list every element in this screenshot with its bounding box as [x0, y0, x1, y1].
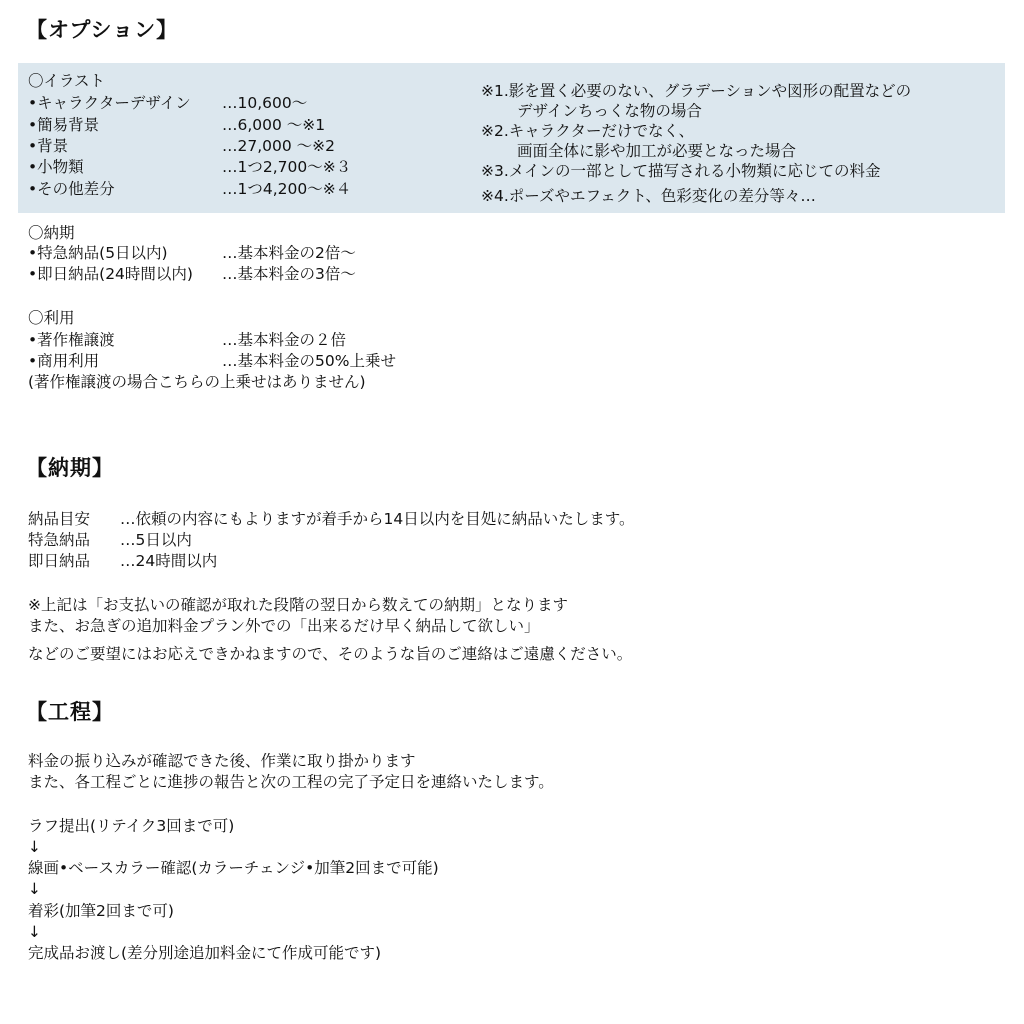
usage-item: •著作権譲渡 …基本料金の２倍	[28, 330, 448, 350]
deadline-item: 特急納品 …5日以内	[28, 530, 768, 550]
delivery-option-label: •特急納品(5日以内)	[28, 244, 168, 262]
illust-item-label: •キャラクターデザイン	[28, 93, 191, 113]
deadline-label: 即日納品	[28, 552, 90, 570]
usage-value: …基本料金の50%上乗せ	[222, 351, 396, 371]
deadline-note: また、お急ぎの追加料金プラン外での「出来るだけ早く納品して欲しい」	[28, 616, 540, 636]
usage-item: •商用利用 …基本料金の50%上乗せ	[28, 351, 448, 371]
deadline-value: …5日以内	[120, 530, 192, 550]
usage-label: •商用利用	[28, 352, 99, 370]
usage-heading: 〇利用	[28, 308, 75, 328]
arrow-down-icon: ↓	[28, 837, 41, 857]
illust-item-value: …6,000 〜※1	[222, 115, 325, 135]
arrow-down-icon: ↓	[28, 922, 41, 942]
delivery-option-value: …基本料金の3倍〜	[222, 264, 356, 284]
illust-item-label: •その他差分	[28, 179, 115, 199]
delivery-option-item: •特急納品(5日以内) …基本料金の2倍〜	[28, 243, 448, 263]
deadline-label: 特急納品	[28, 531, 90, 549]
delivery-option-heading: 〇納期	[28, 223, 75, 243]
note-1-cont: デザインちっくな物の場合	[481, 101, 702, 121]
section-title-deadline: 【納期】	[26, 452, 114, 482]
process-intro: また、各工程ごとに進捗の報告と次の工程の完了予定日を連絡いたします。	[28, 772, 554, 792]
process-intro: 料金の振り込みが確認できた後、作業に取り掛かります	[28, 751, 416, 771]
deadline-value: …24時間以内	[120, 551, 217, 571]
process-step: 完成品お渡し(差分別途追加料金にて作成可能です)	[28, 943, 381, 963]
process-step: ラフ提出(リテイク3回まで可)	[28, 816, 234, 836]
note-2-cont: 画面全体に影や加工が必要となった場合	[481, 141, 796, 161]
note-1: ※1.影を置く必要のない、グラデーションや図形の配置などの	[481, 81, 911, 101]
section-title-options: 【オプション】	[26, 14, 178, 44]
delivery-option-label: •即日納品(24時間以内)	[28, 265, 193, 283]
illust-item-label: •背景	[28, 136, 68, 156]
illust-item-value: …10,600〜	[222, 93, 307, 113]
illust-item-value: …27,000 〜※2	[222, 136, 335, 156]
illust-item-value: …1つ4,200〜※４	[222, 179, 351, 199]
deadline-item: 即日納品 …24時間以内	[28, 551, 768, 571]
delivery-option-value: …基本料金の2倍〜	[222, 243, 356, 263]
section-title-process: 【工程】	[26, 696, 114, 726]
illust-heading: 〇イラスト	[28, 71, 105, 91]
illust-item-label: •簡易背景	[28, 115, 99, 135]
note-4: ※4.ポーズやエフェクト、色彩変化の差分等々…	[481, 186, 816, 206]
usage-value: …基本料金の２倍	[222, 330, 346, 350]
illust-item-label: •小物類	[28, 157, 84, 177]
options-illust-box: 〇イラスト •キャラクターデザイン …10,600〜 •簡易背景 …6,000 …	[18, 63, 1005, 213]
illust-item-value: …1つ2,700〜※３	[222, 157, 351, 177]
process-step: 線画•ベースカラー確認(カラーチェンジ•加筆2回まで可能)	[28, 858, 439, 878]
deadline-item: 納品目安 …依頼の内容にもよりますが着手から14日以内を目処に納品いたします。	[28, 509, 768, 529]
arrow-down-icon: ↓	[28, 879, 41, 899]
note-2: ※2.キャラクターだけでなく、	[481, 121, 694, 141]
process-step: 着彩(加筆2回まで可)	[28, 901, 174, 921]
deadline-label: 納品目安	[28, 510, 90, 528]
deadline-value: …依頼の内容にもよりますが着手から14日以内を目処に納品いたします。	[120, 509, 635, 529]
note-3: ※3.メインの一部として描写される小物類に応じての料金	[481, 161, 880, 181]
usage-note: (著作権譲渡の場合こちらの上乗せはありません)	[28, 372, 366, 392]
deadline-note: ※上記は「お支払いの確認が取れた段階の翌日から数えての納期」となります	[28, 595, 568, 615]
deadline-note: などのご要望にはお応えできかねますので、そのような旨のご連絡はご遠慮ください。	[28, 644, 632, 664]
delivery-option-item: •即日納品(24時間以内) …基本料金の3倍〜	[28, 264, 448, 284]
usage-label: •著作権譲渡	[28, 331, 115, 349]
